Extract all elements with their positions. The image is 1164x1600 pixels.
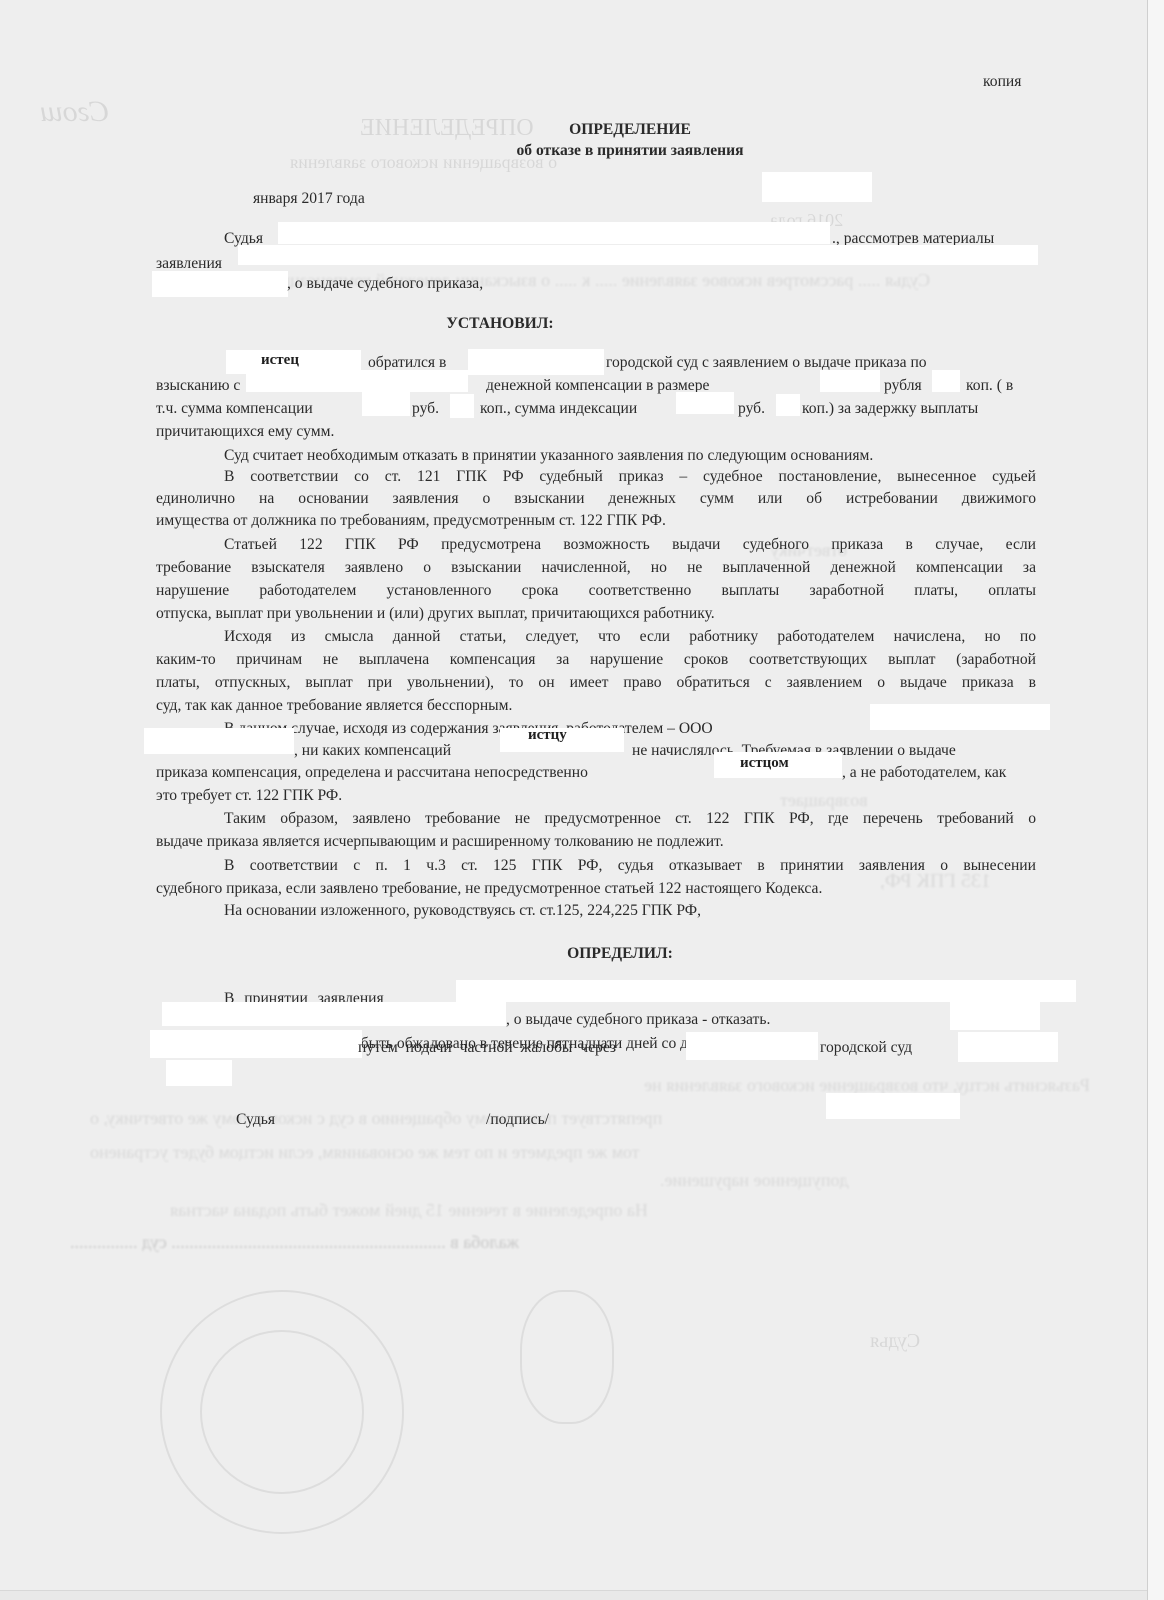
inserted-word-plaintiff: истец: [261, 352, 299, 369]
redaction-box: [144, 728, 294, 754]
copy-mark: копия: [983, 72, 1021, 92]
redaction-box: [820, 370, 880, 392]
bleed-through-text: допущенное нарушение.: [660, 1170, 849, 1191]
text-line: требование взыскателя заявлено о взыскан…: [156, 558, 1036, 578]
redaction-box: [152, 271, 288, 297]
redaction-box: [150, 1030, 362, 1058]
document-title: ОПРЕДЕЛЕНИЕ: [430, 120, 830, 140]
text-line: Суд считает необходимым отказать в приня…: [224, 446, 873, 466]
scanned-page: ОПРЕДЕЛЕНИЕ о возвращении искового заявл…: [0, 0, 1149, 1591]
redaction-box: [162, 1002, 506, 1026]
inserted-word-plaintiff-instrumental: истцом: [740, 755, 789, 772]
text-line: единолично на основании заявления о взыс…: [156, 489, 1036, 509]
bleed-through-stamp-inner: [200, 1330, 364, 1494]
text-line: коп. ( в: [966, 376, 1013, 396]
bleed-through-signature: [520, 1290, 614, 1424]
text-line: , о выдаче судебного приказа - отказать.: [506, 1010, 770, 1030]
redaction-box: [762, 172, 872, 202]
redaction-box: [450, 394, 474, 418]
text-line: На основании изложенного, руководствуясь…: [224, 901, 701, 921]
redaction-box: [932, 370, 960, 392]
bleed-through-text: Судья: [870, 1330, 920, 1353]
text-line: Статьей 122 ГПК РФ предусмотрена возможн…: [224, 535, 1036, 555]
bleed-through-text: На определение в течение 15 дней может б…: [170, 1200, 648, 1221]
text-line: суд, так как данное требование является …: [156, 696, 512, 716]
section-decided: ОПРЕДЕЛИЛ:: [470, 944, 770, 964]
text-line: коп.) за задержку выплаты: [802, 399, 978, 419]
text-line: судебного приказа, если заявлено требова…: [156, 879, 822, 899]
bleed-through-text: жалоба в ...............................…: [70, 1232, 519, 1253]
redaction-box: [246, 370, 468, 392]
inserted-word-plaintiff-dative: истцу: [528, 727, 567, 744]
bleed-through-text: возвращает: [780, 790, 868, 811]
redaction-box: [870, 704, 1050, 730]
text-line: приказа компенсация, определена и рассчи…: [156, 763, 588, 783]
bleed-through-text: том же предмете и по тем же основаниям, …: [90, 1142, 639, 1163]
text-line: это требует ст. 122 ГПК РФ.: [156, 786, 342, 806]
text-line: В соответствии со ст. 121 ГПК РФ судебны…: [224, 467, 1036, 487]
redaction-box: [826, 1093, 960, 1119]
text-line: , а не работодателем, как: [842, 763, 1006, 783]
redaction-box: [950, 1002, 1040, 1030]
text-line: Таким образом, заявлено требование не пр…: [224, 809, 1036, 829]
text-line: имущества от должника по требованиям, пр…: [156, 511, 666, 531]
redaction-box: [166, 1060, 232, 1086]
text-line: выдаче приказа является исчерпывающим и …: [156, 832, 724, 852]
text-line: руб.: [412, 399, 439, 419]
document-subtitle: об отказе в принятии заявления: [430, 141, 830, 161]
signature-mark: /подпись/: [486, 1110, 549, 1130]
redaction-box: [456, 980, 1076, 1002]
redaction-box: [468, 349, 604, 375]
text-line: В соответствии с п. 1 ч.3 ст. 125 ГПК РФ…: [224, 856, 1036, 876]
section-established: УСТАНОВИЛ:: [380, 314, 620, 334]
redaction-box: [776, 394, 800, 416]
redaction-box: [238, 245, 1038, 265]
text-line: рубля: [884, 376, 922, 396]
text-line: Исходя из смысла данной статьи, следует,…: [224, 627, 1036, 647]
redaction-box: [362, 392, 410, 416]
text-line: причитающихся ему сумм.: [156, 422, 334, 442]
redaction-box: [686, 1032, 818, 1060]
intro-about-order: , о выдаче судебного приказа,: [287, 274, 483, 294]
text-line: руб.: [738, 399, 765, 419]
text-line: , ни каких компенсаций: [294, 741, 451, 761]
text-line: В данном случае, исходя из содержания за…: [224, 719, 713, 739]
document-date: января 2017 года: [253, 189, 365, 209]
text-line: каким-то причинам не выплачена компенсац…: [156, 650, 1036, 670]
redaction-box: [278, 222, 830, 244]
redaction-box: [676, 392, 734, 414]
text-line: путем подачи частной жалобы через: [358, 1038, 616, 1058]
text-line: нарушение работодателем установленного с…: [156, 581, 1036, 601]
page-edge: [1147, 0, 1164, 1600]
text-line: отпуска, выплат при увольнении и (или) д…: [156, 604, 715, 624]
bleed-through-text: препятствует повторному обращению в суд …: [90, 1108, 662, 1129]
text-line: городской суд: [820, 1038, 912, 1058]
bleed-through-handwriting: Сгош: [40, 95, 109, 129]
text-line: т.ч. сумма компенсации: [156, 399, 313, 419]
signature-judge-label: Судья: [236, 1110, 275, 1130]
text-line: платы, отпускных, выплат при увольнении)…: [156, 673, 1036, 693]
text-line: коп., сумма индексации: [480, 399, 637, 419]
text-line: взысканию с: [156, 376, 240, 396]
redaction-box: [958, 1032, 1058, 1062]
